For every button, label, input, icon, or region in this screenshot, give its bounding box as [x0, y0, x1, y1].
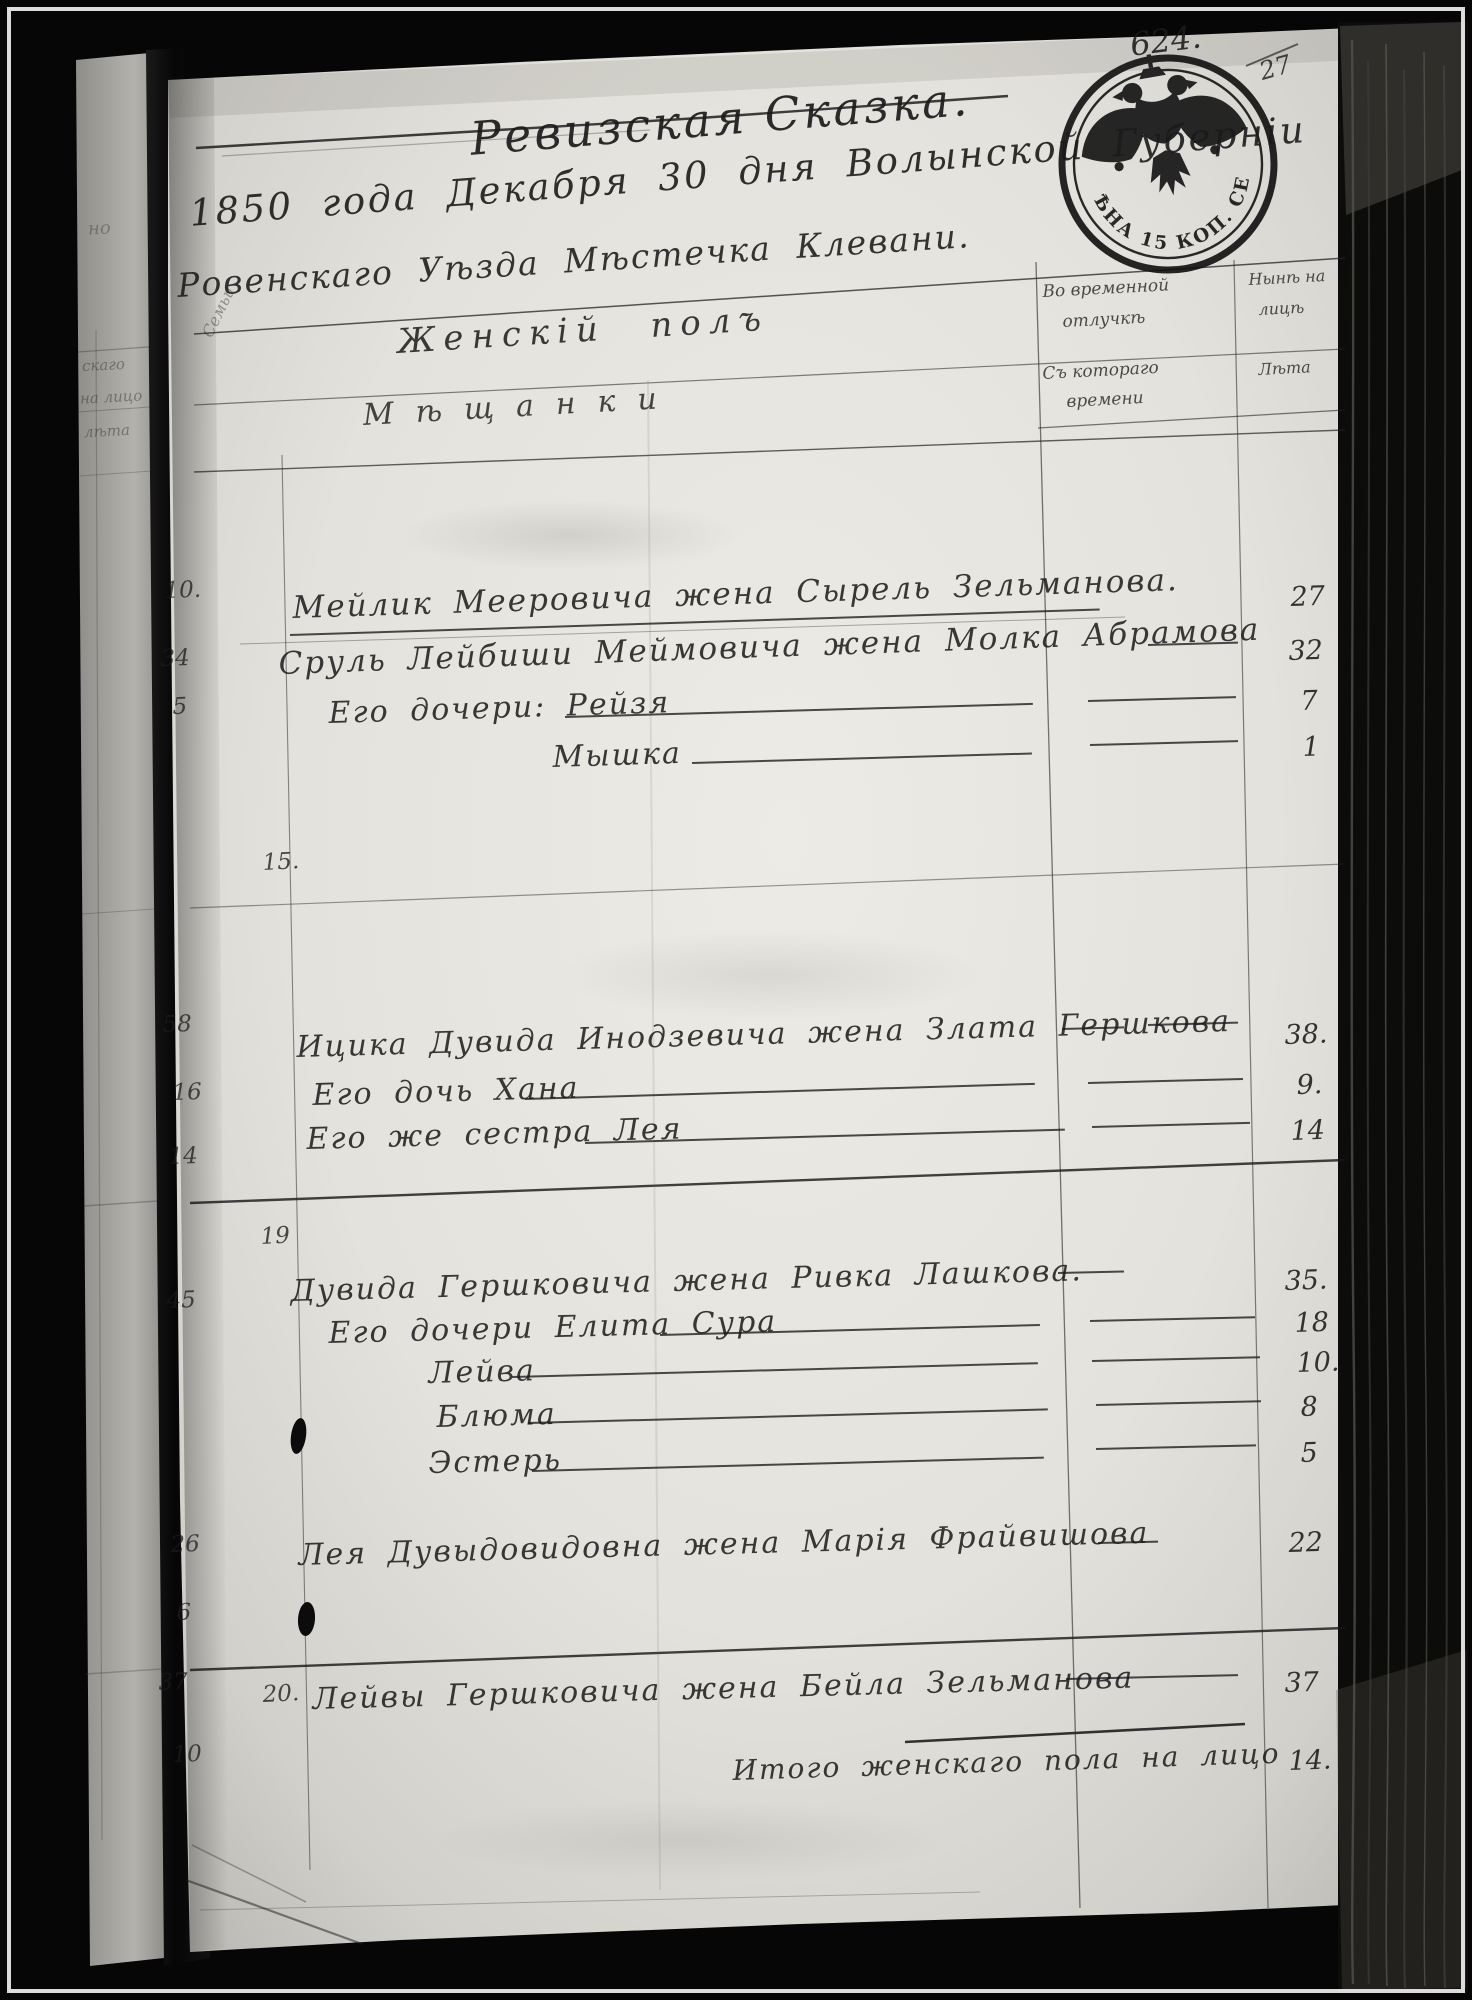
margin-number: 10 — [172, 1741, 202, 1768]
sliver-fragment: на лицо — [80, 386, 143, 407]
margin-number: 14 — [168, 1143, 198, 1170]
age-value: 14. — [1288, 1745, 1332, 1777]
family-number: 20. — [262, 1680, 300, 1708]
entry-text: Блюма — [436, 1397, 557, 1435]
family-number: 15. — [262, 848, 300, 876]
entry-text: Мышка — [552, 736, 682, 775]
entry-text: Эстерь — [428, 1443, 562, 1481]
age-value: 10. — [1296, 1347, 1340, 1379]
age-value: 9. — [1296, 1069, 1323, 1101]
margin-number: 16 — [172, 1079, 202, 1106]
sliver-fragment: лѣта — [84, 421, 131, 441]
age-value: 5 — [1300, 1437, 1318, 1469]
age-value: 37 — [1284, 1667, 1319, 1699]
scanned-revision-list-page: ЦѢНА 15 КОП. СЕР. 624. 27 Ревизская Сказ… — [0, 0, 1472, 2000]
age-value: 27 — [1290, 581, 1325, 613]
age-value: 22 — [1288, 1527, 1323, 1559]
age-value: 18 — [1294, 1307, 1329, 1339]
margin-number: 58 — [162, 1011, 192, 1038]
age-value: 7 — [1300, 685, 1318, 717]
col-present-line2: лицѣ — [1258, 298, 1305, 319]
age-value: 14 — [1290, 1115, 1325, 1147]
age-value: 1 — [1302, 731, 1320, 763]
margin-number: 37 — [158, 1669, 188, 1696]
margin-number: 6 — [176, 1599, 192, 1625]
sliver-fragment: скаго — [82, 355, 126, 375]
sliver-fragment: но — [87, 217, 111, 239]
age-value: 35. — [1284, 1265, 1328, 1297]
age-value: 32 — [1288, 635, 1323, 667]
age-value: 8 — [1300, 1391, 1318, 1423]
margin-number: 10. — [164, 577, 201, 604]
col-present-line1: Нынѣ на — [1248, 266, 1326, 289]
margin-number: 45 — [166, 1287, 196, 1314]
entry-text: Его дочь Хана — [312, 1071, 580, 1113]
margin-number: 5 — [172, 693, 188, 719]
margin-number: 34 — [160, 645, 190, 672]
col-present-sub1: Лѣта — [1258, 357, 1311, 379]
age-value: 38. — [1284, 1019, 1328, 1051]
margin-number: 26 — [170, 1531, 200, 1558]
family-number: 19 — [260, 1222, 291, 1249]
entry-text: Лейва — [428, 1353, 536, 1391]
col-absence-sub2: времени — [1066, 388, 1144, 412]
